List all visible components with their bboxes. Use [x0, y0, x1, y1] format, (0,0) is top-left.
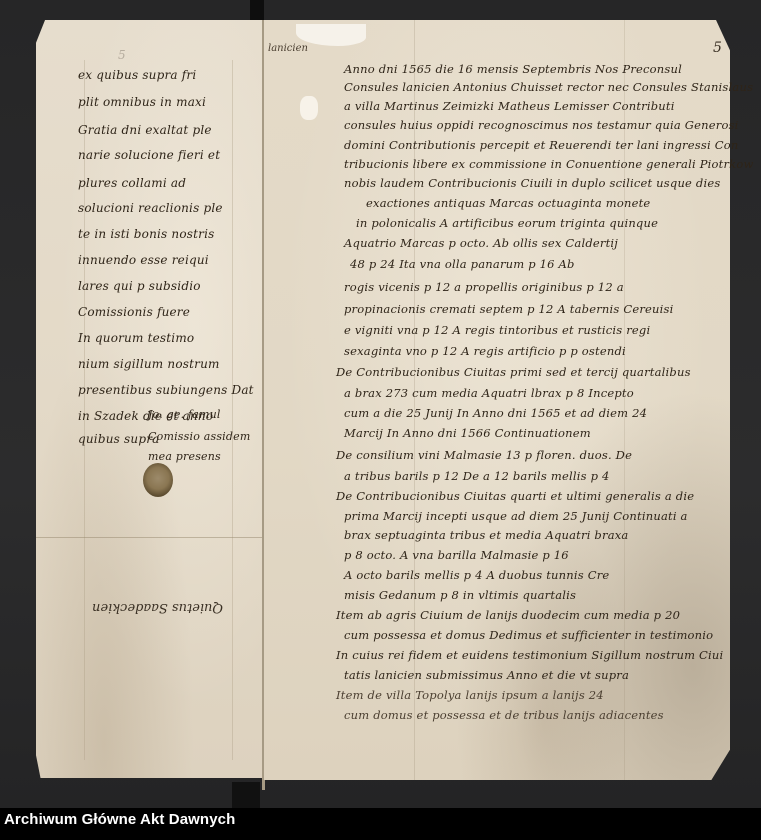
- manuscript-line: narie solucione fieri et: [78, 148, 220, 162]
- manuscript-line: a villa Martinus Zeimizki Matheus Lemiss…: [344, 99, 675, 113]
- manuscript-line: Item ab agris Ciuium de lanijs duodecim …: [336, 608, 680, 622]
- folio-number: 5: [713, 40, 722, 56]
- manuscript-line: Gratia dni exaltat ple: [78, 123, 212, 137]
- manuscript-line: plures collami ad: [78, 176, 186, 190]
- manuscript-line: Consules lanicien Antonius Chuisset rect…: [344, 80, 753, 94]
- manuscript-line: presentibus subiungens Dat: [78, 383, 254, 397]
- manuscript-line: plit omnibus in maxi: [78, 95, 206, 109]
- manuscript-line: consules huius oppidi recognoscimus nos …: [344, 118, 739, 132]
- manuscript-line: in polonicalis A artificibus eorum trigi…: [356, 216, 658, 230]
- fold-crease: [414, 20, 415, 780]
- manuscript-line: te in isti bonis nostris: [78, 227, 215, 241]
- manuscript-line: exactiones antiquas Marcas octuaginta mo…: [366, 196, 650, 210]
- manuscript-line: propinacionis cremati septem p 12 A tabe…: [344, 302, 674, 316]
- manuscript-line: Marcij In Anno dni 1566 Continuationem: [344, 426, 591, 440]
- manuscript-line: a brax 273 cum media Aquatri lbrax p 8 I…: [344, 386, 634, 400]
- manuscript-line: prima Marcij incepti usque ad diem 25 Ju…: [344, 509, 688, 523]
- manuscript-line: In cuius rei fidem et euidens testimoniu…: [336, 648, 723, 662]
- catchword: lanicien: [268, 43, 308, 54]
- manuscript-line: lares qui p subsidio: [78, 279, 201, 293]
- manuscript-line: solucioni reaclionis ple: [78, 201, 223, 215]
- manuscript-line: De Contribucionibus Ciuitas primi sed et…: [336, 365, 691, 379]
- manuscript-line: brax septuaginta tribus et media Aquatri…: [344, 528, 629, 542]
- bottom-shadow: [232, 782, 260, 808]
- manuscript-line: Item de villa Topolya lanijs ipsum a lan…: [336, 688, 604, 702]
- faint-page-mark: 5: [118, 48, 126, 62]
- upside-down-endorsement: Quietus Saadeckien: [92, 600, 223, 615]
- signature-line: Comissio assidem: [148, 430, 250, 443]
- manuscript-line: nobis laudem Contribucionis Ciuili in du…: [344, 176, 720, 190]
- manuscript-line: rogis vicenis p 12 a propellis originibu…: [344, 280, 624, 294]
- manuscript-line: cum a die 25 Junij In Anno dni 1565 et a…: [344, 406, 647, 420]
- manuscript-line: tatis lanicien submissimus Anno et die v…: [344, 668, 629, 682]
- paper-tear: [300, 96, 318, 120]
- manuscript-line: Comissionis fuere: [78, 305, 190, 319]
- archive-label: Archiwum Główne Akt Dawnych: [4, 811, 235, 828]
- manuscript-line: 48 p 24 Ita vna olla panarum p 16 Ab: [350, 257, 575, 271]
- spine-shadow: [250, 0, 264, 22]
- manuscript-line: p 8 octo. A vna barilla Malmasie p 16: [344, 548, 569, 562]
- manuscript-line: In quorum testimo: [78, 331, 194, 345]
- manuscript-line: ex quibus supra fri: [78, 68, 196, 82]
- manuscript-line: a tribus barils p 12 De a 12 barils mell…: [344, 469, 610, 483]
- manuscript-line: De consilium vini Malmasie 13 p floren. …: [336, 448, 632, 462]
- wax-seal: [143, 463, 173, 497]
- manuscript-line: misis Gedanum p 8 in vltimis quartalis: [344, 588, 576, 602]
- fold-crease: [36, 537, 262, 538]
- signature-line: Jo. ge. famul: [148, 408, 221, 421]
- manuscript-line: Aquatrio Marcas p octo. Ab ollis sex Cal…: [344, 236, 618, 250]
- manuscript-line: De Contribucionibus Ciuitas quarti et ul…: [336, 489, 694, 503]
- manuscript-line: cum possessa et domus Dedimus et suffici…: [344, 628, 713, 642]
- fold-crease: [624, 20, 625, 780]
- signature-line: mea presens: [148, 450, 221, 463]
- fold-crease: [232, 60, 233, 760]
- manuscript-line: sexaginta vno p 12 A regis artificio p p…: [344, 344, 626, 358]
- right-page: [264, 20, 730, 780]
- manuscript-line: e vigniti vna p 12 A regis tintoribus et…: [344, 323, 650, 337]
- manuscript-line: domini Contributionis percepit et Reuere…: [344, 138, 738, 152]
- manuscript-line: nium sigillum nostrum: [78, 357, 220, 371]
- manuscript-line: tribucionis libere ex commissione in Con…: [344, 157, 754, 171]
- manuscript-line: innuendo esse reiqui: [78, 253, 209, 267]
- archive-footer: Archiwum Główne Akt Dawnych: [0, 808, 761, 840]
- manuscript-line: A octo barils mellis p 4 A duobus tunnis…: [344, 568, 609, 582]
- manuscript-line: Anno dni 1565 die 16 mensis Septembris N…: [344, 62, 682, 76]
- manuscript-line: cum domus et possessa et de tribus lanij…: [344, 708, 664, 722]
